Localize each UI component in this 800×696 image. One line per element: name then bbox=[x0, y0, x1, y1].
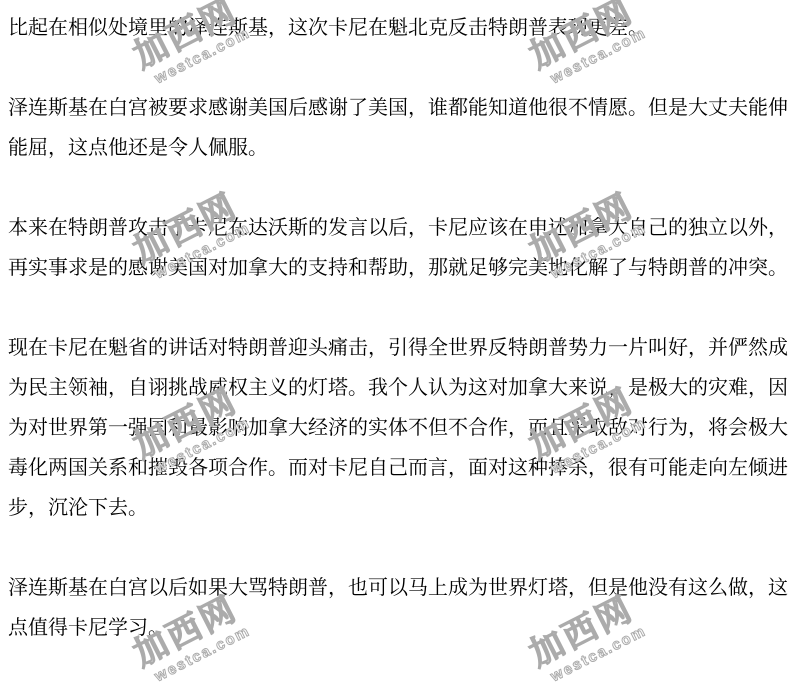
post-body-text: 比起在相似处境里的泽连斯基，这次卡尼在魁北克反击特朗普表现更差。泽连斯基在白宫被… bbox=[0, 0, 800, 688]
text-line: 为民主领袖，自诩挑战威权主义的灯塔。我个人认为这对加拿大来说，是极大的灾难，因 bbox=[8, 368, 792, 408]
paragraph: 现在卡尼在魁省的讲话对特朗普迎头痛击，引得全世界反特朗普势力一片叫好，并俨然成为… bbox=[8, 328, 792, 528]
text-line: 泽连斯基在白宫被要求感谢美国后感谢了美国，谁都能知道他很不情愿。但是大丈夫能伸 bbox=[8, 88, 792, 128]
text-line: 再实事求是的感谢美国对加拿大的支持和帮助，那就足够完美地化解了与特朗普的冲突。 bbox=[8, 248, 792, 288]
paragraph: 泽连斯基在白宫以后如果大骂特朗普，也可以马上成为世界灯塔，但是他没有这么做，这点… bbox=[8, 568, 792, 648]
text-line: 为对世界第一强国和最影响加拿大经济的实体不但不合作，而且采取敌对行为，将会极大 bbox=[8, 408, 792, 448]
paragraph: 本来在特朗普攻击了卡尼在达沃斯的发言以后，卡尼应该在申述加拿大自己的独立以外，再… bbox=[8, 208, 792, 288]
text-line: 现在卡尼在魁省的讲话对特朗普迎头痛击，引得全世界反特朗普势力一片叫好，并俨然成 bbox=[8, 328, 792, 368]
text-line: 毒化两国关系和摧毁各项合作。而对卡尼自己而言，面对这种捧杀，很有可能走向左倾进 bbox=[8, 448, 792, 488]
text-line: 能屈，这点他还是令人佩服。 bbox=[8, 128, 792, 168]
paragraph: 泽连斯基在白宫被要求感谢美国后感谢了美国，谁都能知道他很不情愿。但是大丈夫能伸能… bbox=[8, 88, 792, 168]
text-line: 比起在相似处境里的泽连斯基，这次卡尼在魁北克反击特朗普表现更差。 bbox=[8, 8, 792, 48]
forum-post-page: 比起在相似处境里的泽连斯基，这次卡尼在魁北克反击特朗普表现更差。泽连斯基在白宫被… bbox=[0, 0, 800, 696]
text-line: 步，沉沦下去。 bbox=[8, 488, 792, 528]
text-line: 点值得卡尼学习。 bbox=[8, 608, 792, 648]
text-line: 本来在特朗普攻击了卡尼在达沃斯的发言以后，卡尼应该在申述加拿大自己的独立以外， bbox=[8, 208, 792, 248]
paragraph: 比起在相似处境里的泽连斯基，这次卡尼在魁北克反击特朗普表现更差。 bbox=[8, 8, 792, 48]
text-line: 泽连斯基在白宫以后如果大骂特朗普，也可以马上成为世界灯塔，但是他没有这么做，这 bbox=[8, 568, 792, 608]
